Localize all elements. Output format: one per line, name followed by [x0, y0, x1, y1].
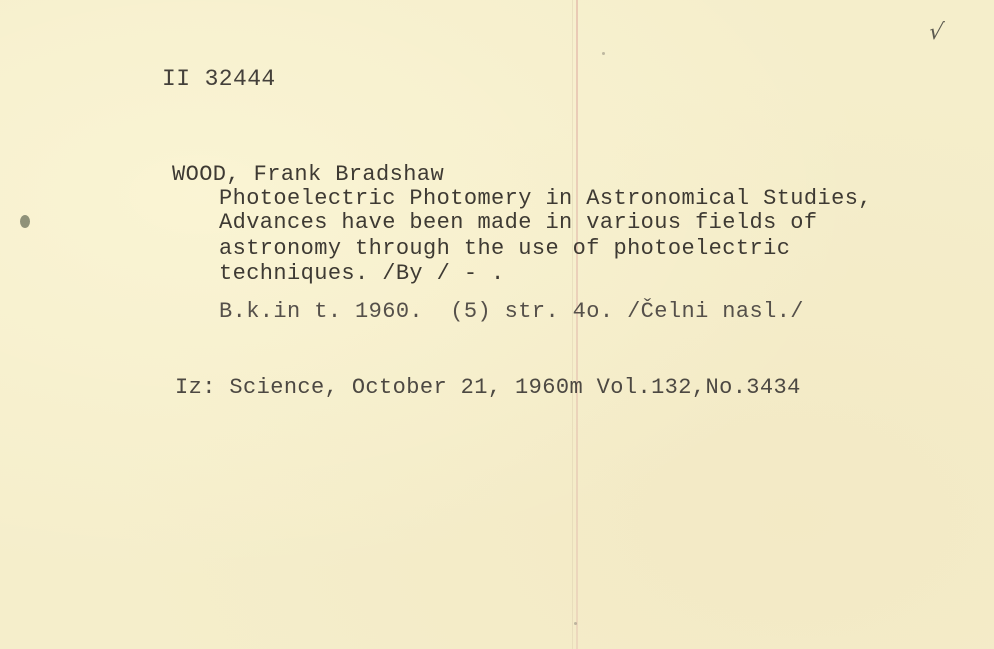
title-line: techniques. /By / - . [219, 263, 505, 285]
title-line: astronomy through the use of photoelectr… [219, 238, 790, 260]
call-number: II 32444 [162, 68, 276, 91]
catalog-card: √ II 32444 WOOD, Frank Bradshaw Photoele… [0, 0, 994, 649]
author-heading: WOOD, Frank Bradshaw [172, 164, 444, 186]
checkmark-icon: √ [927, 20, 945, 45]
paper-speck [602, 52, 605, 55]
punch-hole-mark [20, 215, 30, 228]
paper-speck [574, 622, 577, 625]
source-citation: Iz: Science, October 21, 1960m Vol.132,N… [175, 377, 801, 399]
imprint-line: B.k.in t. 1960. (5) str. 4o. /Čelni nasl… [219, 301, 804, 323]
title-line: Photoelectric Photomery in Astronomical … [219, 188, 872, 210]
margin-rule-line [576, 0, 578, 649]
card-fold-line [572, 0, 573, 649]
title-line: Advances have been made in various field… [219, 212, 818, 234]
